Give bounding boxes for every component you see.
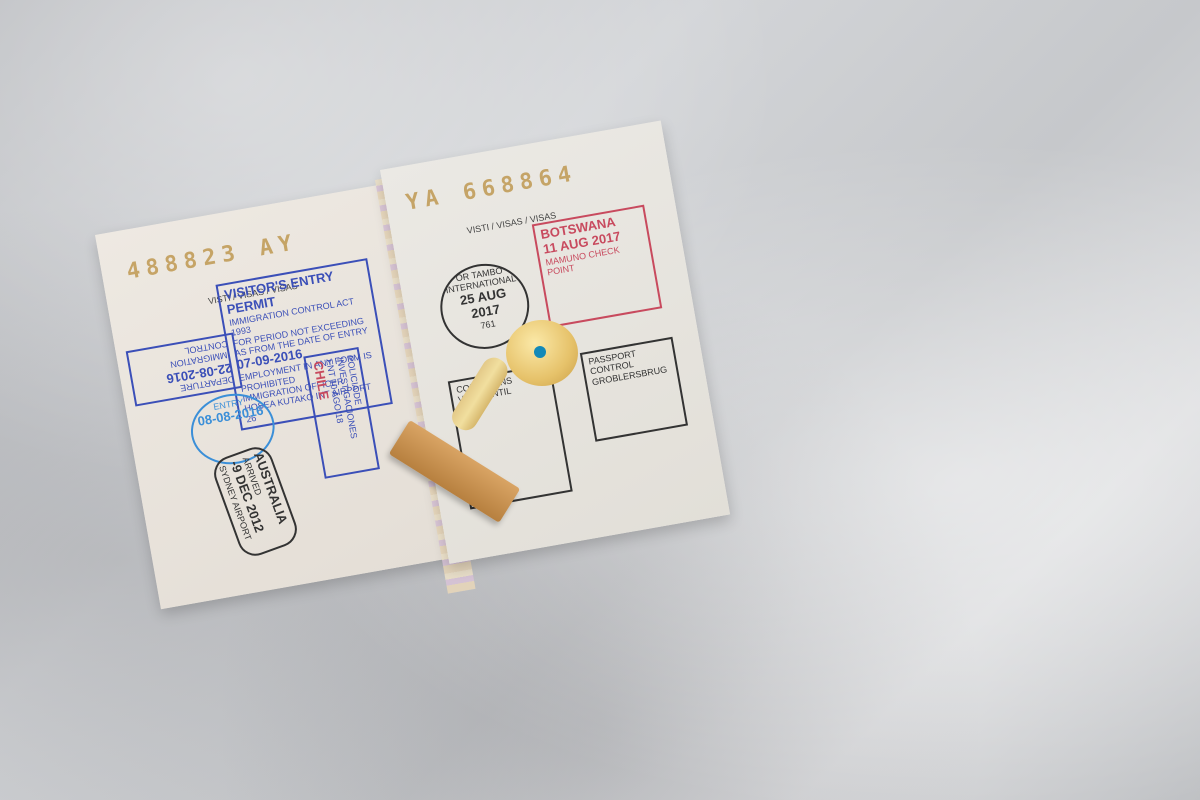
australia-stamp: AUSTRALIA ARRIVED -9 DEC 2012 SYDNEY AIR… xyxy=(209,442,301,560)
rubber-stamp-stem xyxy=(448,353,512,435)
rubber-stamp xyxy=(410,320,580,510)
departure-box-stamp: PASSPORT CONTROL GROBLERSBRUG xyxy=(580,337,688,442)
rubber-stamp-dot xyxy=(534,346,546,358)
perforation-number: YA 668864 xyxy=(404,161,579,216)
botswana-stamp: BOTSWANA 11 AUG 2017 MAMUNO CHECK POINT xyxy=(532,205,663,328)
